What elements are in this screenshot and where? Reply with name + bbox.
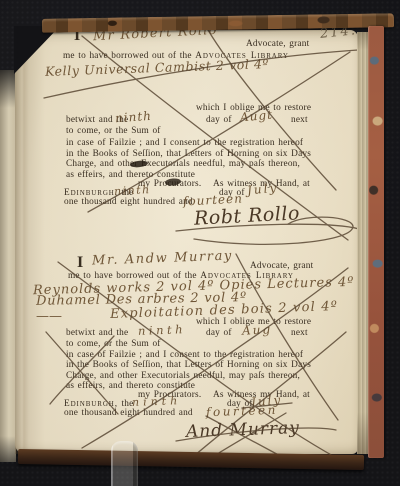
form2-due-month: Aug	[242, 323, 273, 337]
form2-opening-initial: I	[77, 255, 83, 271]
gutter-shadow	[15, 30, 45, 454]
form1-next: next	[291, 116, 308, 125]
form1-day-of: day of	[206, 116, 232, 125]
form1-failzie-line: in case of Failzie ; and I consent to th…	[66, 139, 303, 148]
form2-charge-line: Charge, and other Executorials needful, …	[66, 372, 300, 381]
form2-day-of: day of	[206, 329, 232, 338]
form1-signed-day: ninth	[114, 184, 151, 197]
acrylic-book-strap	[111, 441, 138, 486]
form1-advocate-grant: Advocate, grant	[246, 40, 309, 49]
form1-session-line: in the Books of Seſſion, that Letters of…	[66, 150, 311, 159]
photographed-library-register-page: 214. I Mr Robert Rollo Advocate, grant m…	[0, 0, 400, 486]
marbled-cover-edge	[368, 26, 384, 458]
form2-session-line: in the Books of Seſſion, that Letters of…	[66, 361, 311, 370]
form2-betwixt: betwixt and the	[66, 329, 128, 338]
form1-due-month: Augt	[240, 109, 274, 124]
form2-failzie-line: in case of Failzie ; and I consent to th…	[66, 351, 303, 360]
form2-book-dash: ——	[36, 310, 62, 323]
form2-year-prefix: one thousand eight hundred and	[64, 409, 193, 418]
form2-sum-line: to come, or the Sum of	[66, 340, 161, 349]
opposite-page-sliver	[0, 70, 16, 462]
form2-next: next	[291, 329, 308, 338]
form2-signed-day: ninth	[132, 395, 182, 408]
form1-due-day: ninth	[115, 110, 153, 125]
form2-signature: And Murray	[186, 420, 300, 441]
form1-year-prefix: one thousand eight hundred and	[64, 198, 193, 207]
form1-sum-line: to come, or the Sum of	[66, 127, 161, 136]
page-edges-stack	[357, 32, 368, 454]
form2-advocate-grant: Advocate, grant	[250, 262, 313, 271]
form2-due-day: ninth	[138, 324, 186, 337]
form1-signed-month: July	[246, 181, 278, 196]
form2-signed-year: fourteen	[206, 404, 278, 419]
form1-charge-line: Charge, and other Executorials needful, …	[66, 160, 300, 169]
